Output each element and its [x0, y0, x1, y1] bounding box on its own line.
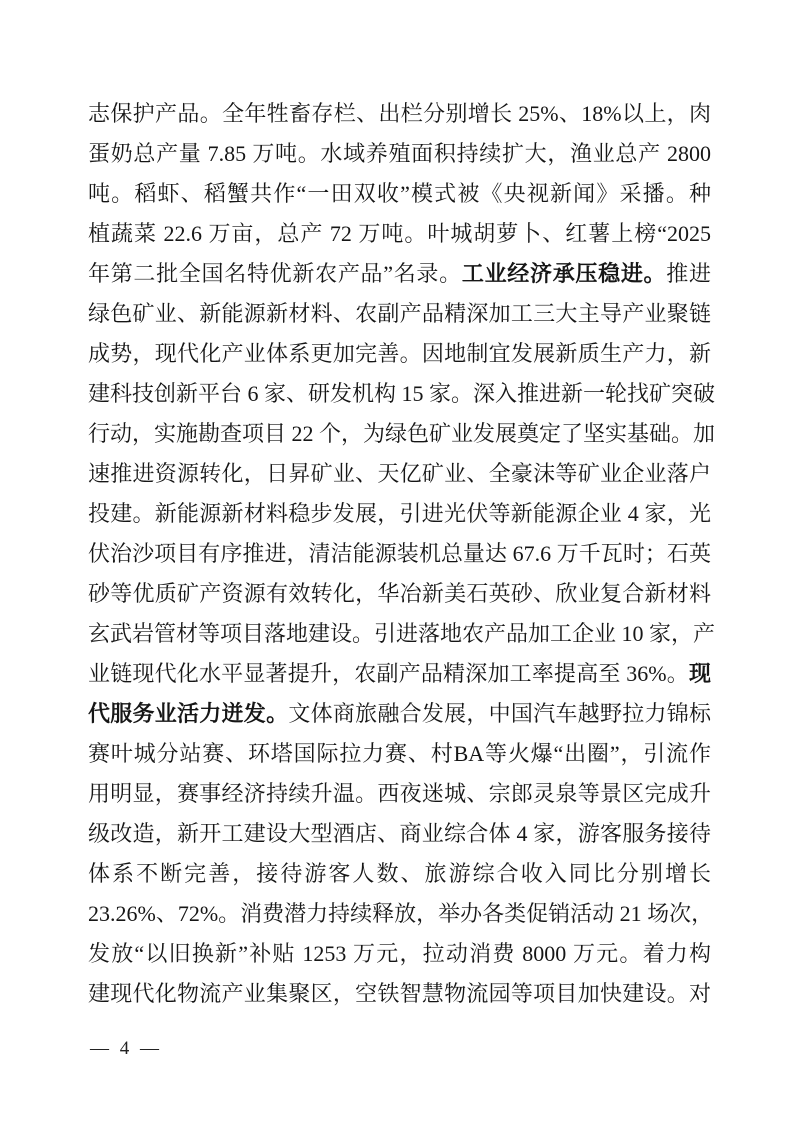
text-line: 发放“以旧换新”补贴 1253 万元，拉动消费 8000 万元。着力构	[88, 934, 711, 974]
text-line: 砂等优质矿产资源有效转化，华冶新美石英砂、欣业复合新材料	[88, 574, 711, 614]
text-line: 用明显，赛事经济持续升温。西夜迷城、宗郎灵泉等景区完成升	[88, 774, 711, 814]
text-line: 业链现代化水平显著提升，农副产品精深加工率提高至 36%。现	[88, 654, 711, 694]
text-segment: 建现代化物流产业集聚区，空铁智慧物流园等项目加快建设。对	[88, 981, 711, 1006]
text-segment: 志保护产品。全年牲畜存栏、出栏分别增长 25%、18%以上，肉	[88, 101, 711, 126]
text-line: 吨。稻虾、稻蟹共作“一田双收”模式被《央视新闻》采播。种	[88, 174, 711, 214]
text-segment: 砂等优质矿产资源有效转化，华冶新美石英砂、欣业复合新材料	[88, 581, 711, 606]
text-segment: 赛叶城分站赛、环塔国际拉力赛、村BA等火爆“出圈”，引流作	[88, 741, 711, 766]
text-segment: 速推进资源转化，日昇矿业、天亿矿业、全豪沫等矿业企业落户	[88, 461, 711, 486]
text-line: 年第二批全国名特优新农产品”名录。工业经济承压稳进。推进	[88, 254, 711, 294]
text-segment: 投建。新能源新材料稳步发展，引进光伏等新能源企业 4 家，光	[88, 501, 711, 526]
text-segment: 玄武岩管材等项目落地建设。引进落地农产品加工企业 10 家，产	[88, 621, 715, 646]
bold-heading-segment: 工业经济承压稳进。	[462, 261, 666, 286]
text-segment: 用明显，赛事经济持续升温。西夜迷城、宗郎灵泉等景区完成升	[88, 781, 711, 806]
document-page: 志保护产品。全年牲畜存栏、出栏分别增长 25%、18%以上，肉蛋奶总产量 7.8…	[0, 0, 793, 1122]
text-line: 成势，现代化产业体系更加完善。因地制宜发展新质生产力，新	[88, 334, 711, 374]
text-segment: 蛋奶总产量 7.85 万吨。水域养殖面积持续扩大，渔业总产 2800	[88, 141, 711, 166]
bold-heading-segment: 现	[689, 661, 711, 686]
text-line: 蛋奶总产量 7.85 万吨。水域养殖面积持续扩大，渔业总产 2800	[88, 134, 711, 174]
text-line: 体系不断完善，接待游客人数、旅游综合收入同比分别增长	[88, 854, 711, 894]
text-segment: 年第二批全国名特优新农产品”名录。	[88, 261, 462, 286]
text-line: 伏治沙项目有序推进，清洁能源装机总量达 67.6 万千瓦时；石英	[88, 534, 711, 574]
text-segment: 植蔬菜 22.6 万亩，总产 72 万吨。叶城胡萝卜、红薯上榜“2025	[88, 221, 711, 246]
text-segment: 文体商旅融合发展，中国汽车越野拉力锦标	[288, 701, 711, 726]
text-segment: 绿色矿业、新能源新材料、农副产品精深加工三大主导产业聚链	[88, 301, 711, 326]
body-text: 志保护产品。全年牲畜存栏、出栏分别增长 25%、18%以上，肉蛋奶总产量 7.8…	[88, 94, 711, 1014]
text-segment: 级改造，新开工建设大型酒店、商业综合体 4 家，游客服务接待	[88, 821, 711, 846]
text-segment: 吨。稻虾、稻蟹共作“一田双收”模式被《央视新闻》采播。种	[88, 181, 711, 206]
text-segment: 伏治沙项目有序推进，清洁能源装机总量达 67.6 万千瓦时；石英	[88, 541, 711, 566]
text-line: 建现代化物流产业集聚区，空铁智慧物流园等项目加快建设。对	[88, 974, 711, 1014]
text-line: 玄武岩管材等项目落地建设。引进落地农产品加工企业 10 家，产	[88, 614, 711, 654]
bold-heading-segment: 代服务业活力迸发。	[88, 701, 288, 726]
text-line: 建科技创新平台 6 家、研发机构 15 家。深入推进新一轮找矿突破	[88, 374, 711, 414]
text-line: 级改造，新开工建设大型酒店、商业综合体 4 家，游客服务接待	[88, 814, 711, 854]
text-line: 代服务业活力迸发。文体商旅融合发展，中国汽车越野拉力锦标	[88, 694, 711, 734]
text-line: 赛叶城分站赛、环塔国际拉力赛、村BA等火爆“出圈”，引流作	[88, 734, 711, 774]
text-line: 植蔬菜 22.6 万亩，总产 72 万吨。叶城胡萝卜、红薯上榜“2025	[88, 214, 711, 254]
text-line: 速推进资源转化，日昇矿业、天亿矿业、全豪沫等矿业企业落户	[88, 454, 711, 494]
text-line: 志保护产品。全年牲畜存栏、出栏分别增长 25%、18%以上，肉	[88, 94, 711, 134]
text-segment: 推进	[666, 261, 711, 286]
text-segment: 业链现代化水平显著提升，农副产品精深加工率提高至 36%。	[88, 661, 689, 686]
text-segment: 发放“以旧换新”补贴 1253 万元，拉动消费 8000 万元。着力构	[88, 941, 711, 966]
page-number: — 4 —	[90, 1034, 162, 1064]
text-line: 23.26%、72%。消费潜力持续释放，举办各类促销活动 21 场次，	[88, 894, 711, 934]
text-segment: 体系不断完善，接待游客人数、旅游综合收入同比分别增长	[88, 861, 711, 886]
text-line: 投建。新能源新材料稳步发展，引进光伏等新能源企业 4 家，光	[88, 494, 711, 534]
text-line: 绿色矿业、新能源新材料、农副产品精深加工三大主导产业聚链	[88, 294, 711, 334]
text-segment: 成势，现代化产业体系更加完善。因地制宜发展新质生产力，新	[88, 341, 711, 366]
text-segment: 23.26%、72%。消费潜力持续释放，举办各类促销活动 21 场次，	[88, 901, 713, 926]
text-segment: 建科技创新平台 6 家、研发机构 15 家。深入推进新一轮找矿突破	[88, 381, 715, 406]
text-line: 行动，实施勘查项目 22 个，为绿色矿业发展奠定了坚实基础。加	[88, 414, 711, 454]
text-segment: 行动，实施勘查项目 22 个，为绿色矿业发展奠定了坚实基础。加	[88, 421, 715, 446]
